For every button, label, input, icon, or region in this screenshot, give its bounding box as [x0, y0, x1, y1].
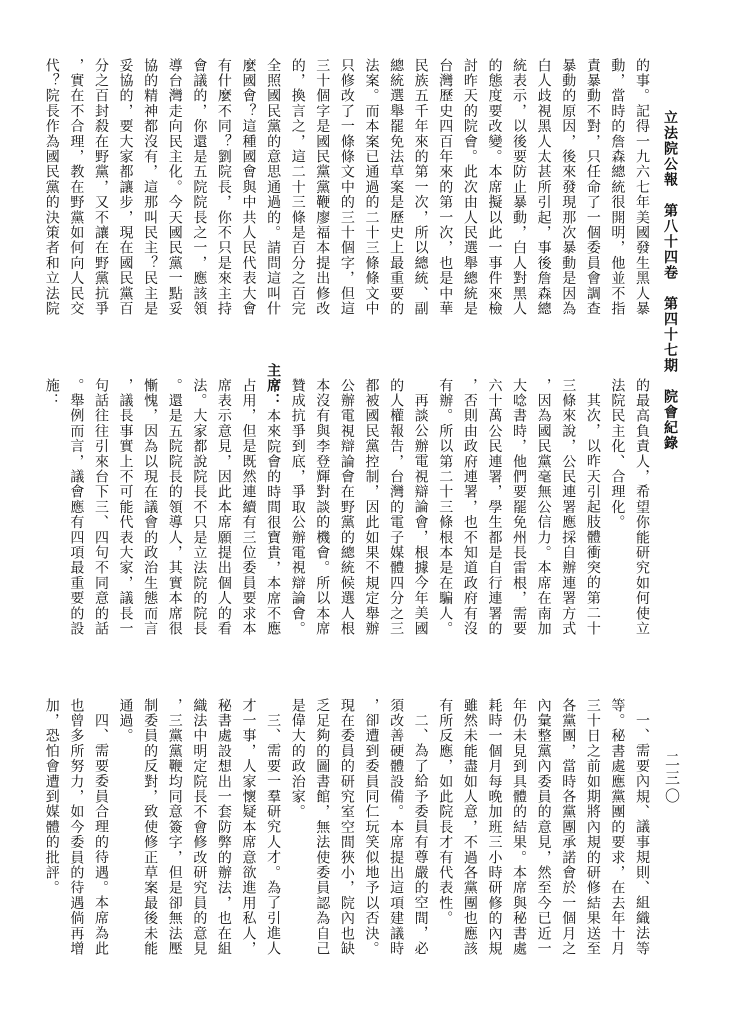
- text-column: 三條來說，公民連署應採自辦連署方式: [555, 363, 580, 641]
- text-column: 制委員的反對，致使修正草案最後未能: [137, 683, 162, 961]
- text-column: 民族五千年來的第一次，所以總統、副: [407, 43, 432, 323]
- text-column: 的事。記得一九六七年美國發生黑人暴: [628, 43, 653, 323]
- text-column: ，議長事實上不可能代表大家，議長一: [112, 363, 137, 641]
- text-column: 妥協的，要大家都讓步，現在國民黨百: [112, 43, 137, 323]
- text-column: 。舉例而言，議會應有四項最重要的設: [63, 363, 88, 641]
- text-column: 有辦。所以第二十三條根本是在騙人。: [432, 363, 457, 641]
- text-register-1: 的事。記得一九六七年美國發生黑人暴動，當時的詹森總統很開明，他並不指責暴動不對，…: [38, 43, 653, 323]
- text-column: 的人權報告，台灣的電子媒體四分之三: [382, 363, 407, 641]
- text-column: 白人歧視黑人太甚所引起，事後詹森總: [530, 43, 555, 323]
- page-header: 立法院公報 第八十四卷 第四十七期 院會紀錄: [659, 110, 679, 470]
- page-number: 二三〇: [661, 752, 682, 822]
- text-column: 內彙整黨內委員的意見，然至今已近一: [530, 683, 555, 961]
- text-column: 須改善硬體設備。本席提出這項建議時: [382, 683, 407, 961]
- text-column: 其次，以昨天引起肢體衝突的第二十: [579, 363, 604, 641]
- gazette-page: 立法院公報 第八十四卷 第四十七期 院會紀錄 二三〇 的事。記得一九六七年美國發…: [0, 0, 743, 1024]
- text-column: 秘書處設想出一套防弊的辦法，也在組: [210, 683, 235, 961]
- text-column: 三十日之前如期將內規的研修結果送至: [579, 683, 604, 961]
- text-column: 公辦電視辯論會在野黨的總統候選人根: [333, 363, 358, 641]
- text-column: ，卻遭到委員同仁玩笑似地予以否決。: [358, 683, 383, 961]
- speaker-name: 主席：: [265, 363, 280, 409]
- text-column: 法。大家都說院長不只是立法院的院長: [186, 363, 211, 641]
- text-column: 會議的，你還是五院院長之一，應該領: [186, 43, 211, 323]
- text-column: 加，恐怕會遭到媒體的批評。: [38, 683, 63, 961]
- text-column: 雖然未能盡如人意，不過各黨團也應該: [456, 683, 481, 961]
- text-column: 占用，但是既然連續有三位委員要求本: [235, 363, 260, 641]
- text-column: 的態度要改變。本席擬以此一事件來檢: [481, 43, 506, 323]
- text-column: ，否則由政府連署，也不知道政府有沒: [456, 363, 481, 641]
- text-column: 乏足夠的圖書館，無法使委員認為自己: [309, 683, 334, 961]
- text-column: 法院民主化、合理化。: [604, 363, 629, 641]
- text-column: 動，當時的詹森總統很開明，他並不指: [604, 43, 629, 323]
- text-column: 各黨團，當時各黨團承諾會於一個月之: [555, 683, 580, 961]
- text-column: 通過。: [112, 683, 137, 961]
- text-column: 代？院長作為國民黨的決策者和立法院: [38, 43, 63, 323]
- text-column: 討昨天的院會。此次由人民選舉總統是: [456, 43, 481, 323]
- text-column: 法案。而本案已通過的二十三條條文中: [358, 43, 383, 323]
- text-register-2: 的最高負責人，希望你能研究如何使立法院民主化、合理化。其次，以昨天引起肢體衝突的…: [38, 363, 653, 641]
- text-column: 大唸書時，他們要罷免州長雷根，需要: [505, 363, 530, 641]
- text-column: 只修改了一條條文中的三十個字，但這: [333, 43, 358, 323]
- text-column: 六十萬公民連署，學生都是自行連署的: [481, 363, 506, 641]
- text-column: 責暴動不對，只任命了一個委員會調查: [579, 43, 604, 323]
- text-column: 分之百封殺在野黨，又不讓在野黨抗爭: [87, 43, 112, 323]
- text-column: 年仍未見到具體的結果。本席與秘書處: [505, 683, 530, 961]
- text-column: 席表示意見，因此本席願提出個人的看: [210, 363, 235, 641]
- text-column: 麼國會？這種國會與中共人民代表大會: [235, 43, 260, 323]
- text-column: ，三黨黨鞭均同意簽字，但是卻無法壓: [161, 683, 186, 961]
- text-column: 也曾多所努力，如今委員的待遇倘再增: [63, 683, 88, 961]
- text-column: 四、需要委員合理的待遇。本席為此: [87, 683, 112, 961]
- text-column: 本沒有與李登輝對談的機會。所以本席: [309, 363, 334, 641]
- text-column: 台灣歷史四百年來的第一次，也是中華: [432, 43, 457, 323]
- text-column: 都被國民黨控制，因此如果不規定舉辦: [358, 363, 383, 641]
- text-column: 耗時一個月每晚加班三小時研修的內規: [481, 683, 506, 961]
- text-column: 導台灣走向民主化。今天國民黨一點妥: [161, 43, 186, 323]
- text-column: 有所反應，如此院長才有代表性。: [432, 683, 457, 961]
- text-column: 三十個字是國民黨黨鞭廖福本提出修改: [309, 43, 334, 323]
- speaker-column: 主席：本來院會的時間很寶貴，本席不應: [260, 363, 285, 641]
- text-column: 的最高負責人，希望你能研究如何使立: [628, 363, 653, 641]
- text-column: 的，換言之，這二十三條是百分之百完: [284, 43, 309, 323]
- text-column: 句話往往引來台下三、四句不同意的話: [87, 363, 112, 641]
- text-column: 才一事，人家懷疑本席意欲進用私人，: [235, 683, 260, 961]
- text-column: 暴動的原因，後來發現那次暴動是因為: [555, 43, 580, 323]
- text-column: 協的精神都沒有，這那叫民主？民主是: [137, 43, 162, 323]
- text-column: 三、需要一羣研究人才。為了引進人: [260, 683, 285, 961]
- text-column: 再談公辦電視辯論會，根據今年美國: [407, 363, 432, 641]
- text-column: ，實在不合理，教在野黨如何向人民交: [63, 43, 88, 323]
- text-column: 施：: [38, 363, 63, 641]
- text-column: 一、需要內規、議事規則、組織法等: [628, 683, 653, 961]
- text-column: ，因為國民黨毫無公信力。本席在南加: [530, 363, 555, 641]
- text-column: 有什麼不同？劉院長，你不只是來主持: [210, 43, 235, 323]
- text-register-3: 一、需要內規、議事規則、組織法等等。秘書處應黨團的要求，在去年十月三十日之前如期…: [38, 683, 653, 961]
- text-column: 全照國民黨的意思通過的。請問這叫什: [260, 43, 285, 323]
- text-column: 統表示，以後要防止暴動，白人對黑人: [505, 43, 530, 323]
- text-column: 贊成抗爭到底，爭取公辦電視辯論會。: [284, 363, 309, 641]
- text-column: 。還是五院院長的領導人，其實本席很: [161, 363, 186, 641]
- text-column: 織法中明定院長不會修改研究員的意見: [186, 683, 211, 961]
- text-column: 是偉大的政治家。: [284, 683, 309, 961]
- text-column: 等。秘書處應黨團的要求，在去年十月: [604, 683, 629, 961]
- text-column: 現在委員的研究室空間狹小，院內也缺: [333, 683, 358, 961]
- text-column: 慚愧，因為以現在議會的政治生態而言: [137, 363, 162, 641]
- text-column: 總統選舉罷免法草案是歷史上最重要的: [382, 43, 407, 323]
- text-column: 二、為了給予委員有尊嚴的空間，必: [407, 683, 432, 961]
